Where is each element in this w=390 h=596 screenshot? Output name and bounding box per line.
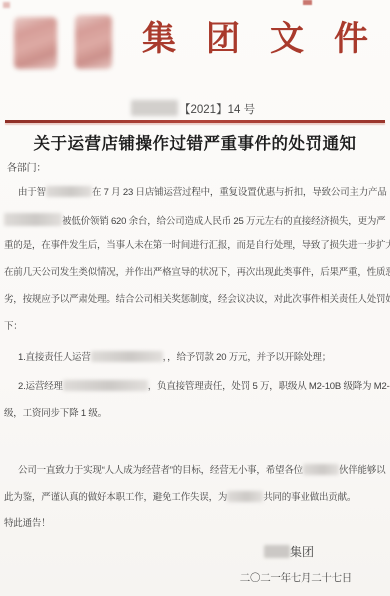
document-page: 集团文件 【2021】14 号 关于运营店铺操作过错严重事件的处罚通知 各部门：…	[0, 0, 390, 596]
body-line: 由于智在 7 月 23 日店铺运营过程中，重复设置优惠与折扣，导致公司主力产品	[18, 186, 387, 199]
header-org-redaction	[14, 17, 57, 69]
signature-date: 二〇二一年七月二十七日	[240, 570, 352, 585]
name-redaction	[4, 213, 62, 226]
header-title: 集团文件	[142, 21, 390, 59]
penalty-item-2: 2.运营经理，负直接管理责任，处罚 5 万，职级从 M2-10B 级降为 M2-…	[18, 380, 390, 393]
body-text: 在 7 月 23 日店铺运营过程中，重复设置优惠与折扣，导致公司主力产品	[92, 187, 387, 198]
header-org-redaction	[75, 15, 112, 69]
name-redaction	[46, 186, 92, 197]
closing-line: 公司一直致力于实现“人人成为经营者”的目标，经营无小事，希望各位伙伴能够以	[18, 464, 385, 477]
body-text: 伙伴能够以	[339, 465, 386, 476]
body-text: 共同的事业做出贡献。	[263, 492, 356, 503]
penalty-item-2-cont: 级，工资同步下降 1 级。	[4, 408, 107, 420]
body-text: ，负直接管理责任，处罚 5 万，职级从 M2-10B 级降为 M2-10C	[148, 381, 390, 392]
crop-artifact	[3, 2, 10, 8]
doc-number: 【2021】14 号	[179, 101, 255, 117]
body-line: 下：	[4, 321, 23, 333]
signature-org: 集团	[264, 543, 314, 560]
body-text: 此为鉴，严谨认真的做好本职工作，避免工作失误，为	[4, 492, 227, 503]
org-name-redaction	[264, 545, 290, 558]
body-text: 2.运营经理	[18, 381, 63, 392]
closing-line: 此为鉴，严谨认真的做好本职工作，避免工作失误，为共同的事业做出贡献。	[4, 491, 356, 504]
red-divider	[5, 120, 385, 123]
body-text: 1.直接责任人运营	[18, 352, 91, 363]
name-redaction	[91, 351, 163, 362]
body-line: 被低价领销 620 余台，给公司造成人民币 25 万元左右的直接经济损失，更为严	[4, 213, 385, 228]
signature-org-text: 集团	[290, 545, 314, 559]
name-redaction	[63, 380, 148, 391]
body-text: ，，给予罚款 20 万元，并予以开除处理；	[163, 352, 331, 363]
name-redaction	[227, 491, 263, 502]
penalty-item-1: 1.直接责任人运营，，给予罚款 20 万元，并予以开除处理；	[18, 351, 331, 364]
body-line: 在前几天公司发生类似情况，并作出严格宣导的状况下，再次出现此类事件，后果严重，性…	[4, 267, 390, 279]
body-text: 由于智	[18, 187, 46, 198]
notice-end: 特此通告！	[4, 518, 51, 530]
body-text: 被低价领销 620 余台，给公司造成人民币 25 万元左右的直接经济损失，更为严	[62, 216, 385, 227]
crop-artifact	[303, 0, 312, 5]
doc-number-redaction	[131, 100, 178, 116]
body-line: 重的是，在事件发生后，当事人未在第一时间进行汇报，而是自行处理，导致了损失进一步…	[4, 240, 390, 252]
body-line: 劣，按规应予以严肃处理。结合公司相关奖惩制度，经会议决议，对此次事件相关责任人处…	[4, 294, 390, 306]
salutation: 各部门：	[7, 163, 46, 175]
body-text: 公司一直致力于实现“人人成为经营者”的目标，经营无小事，希望各位	[18, 465, 303, 476]
notice-title: 关于运营店铺操作过错严重事件的处罚通知	[0, 130, 390, 154]
name-redaction	[303, 464, 339, 475]
